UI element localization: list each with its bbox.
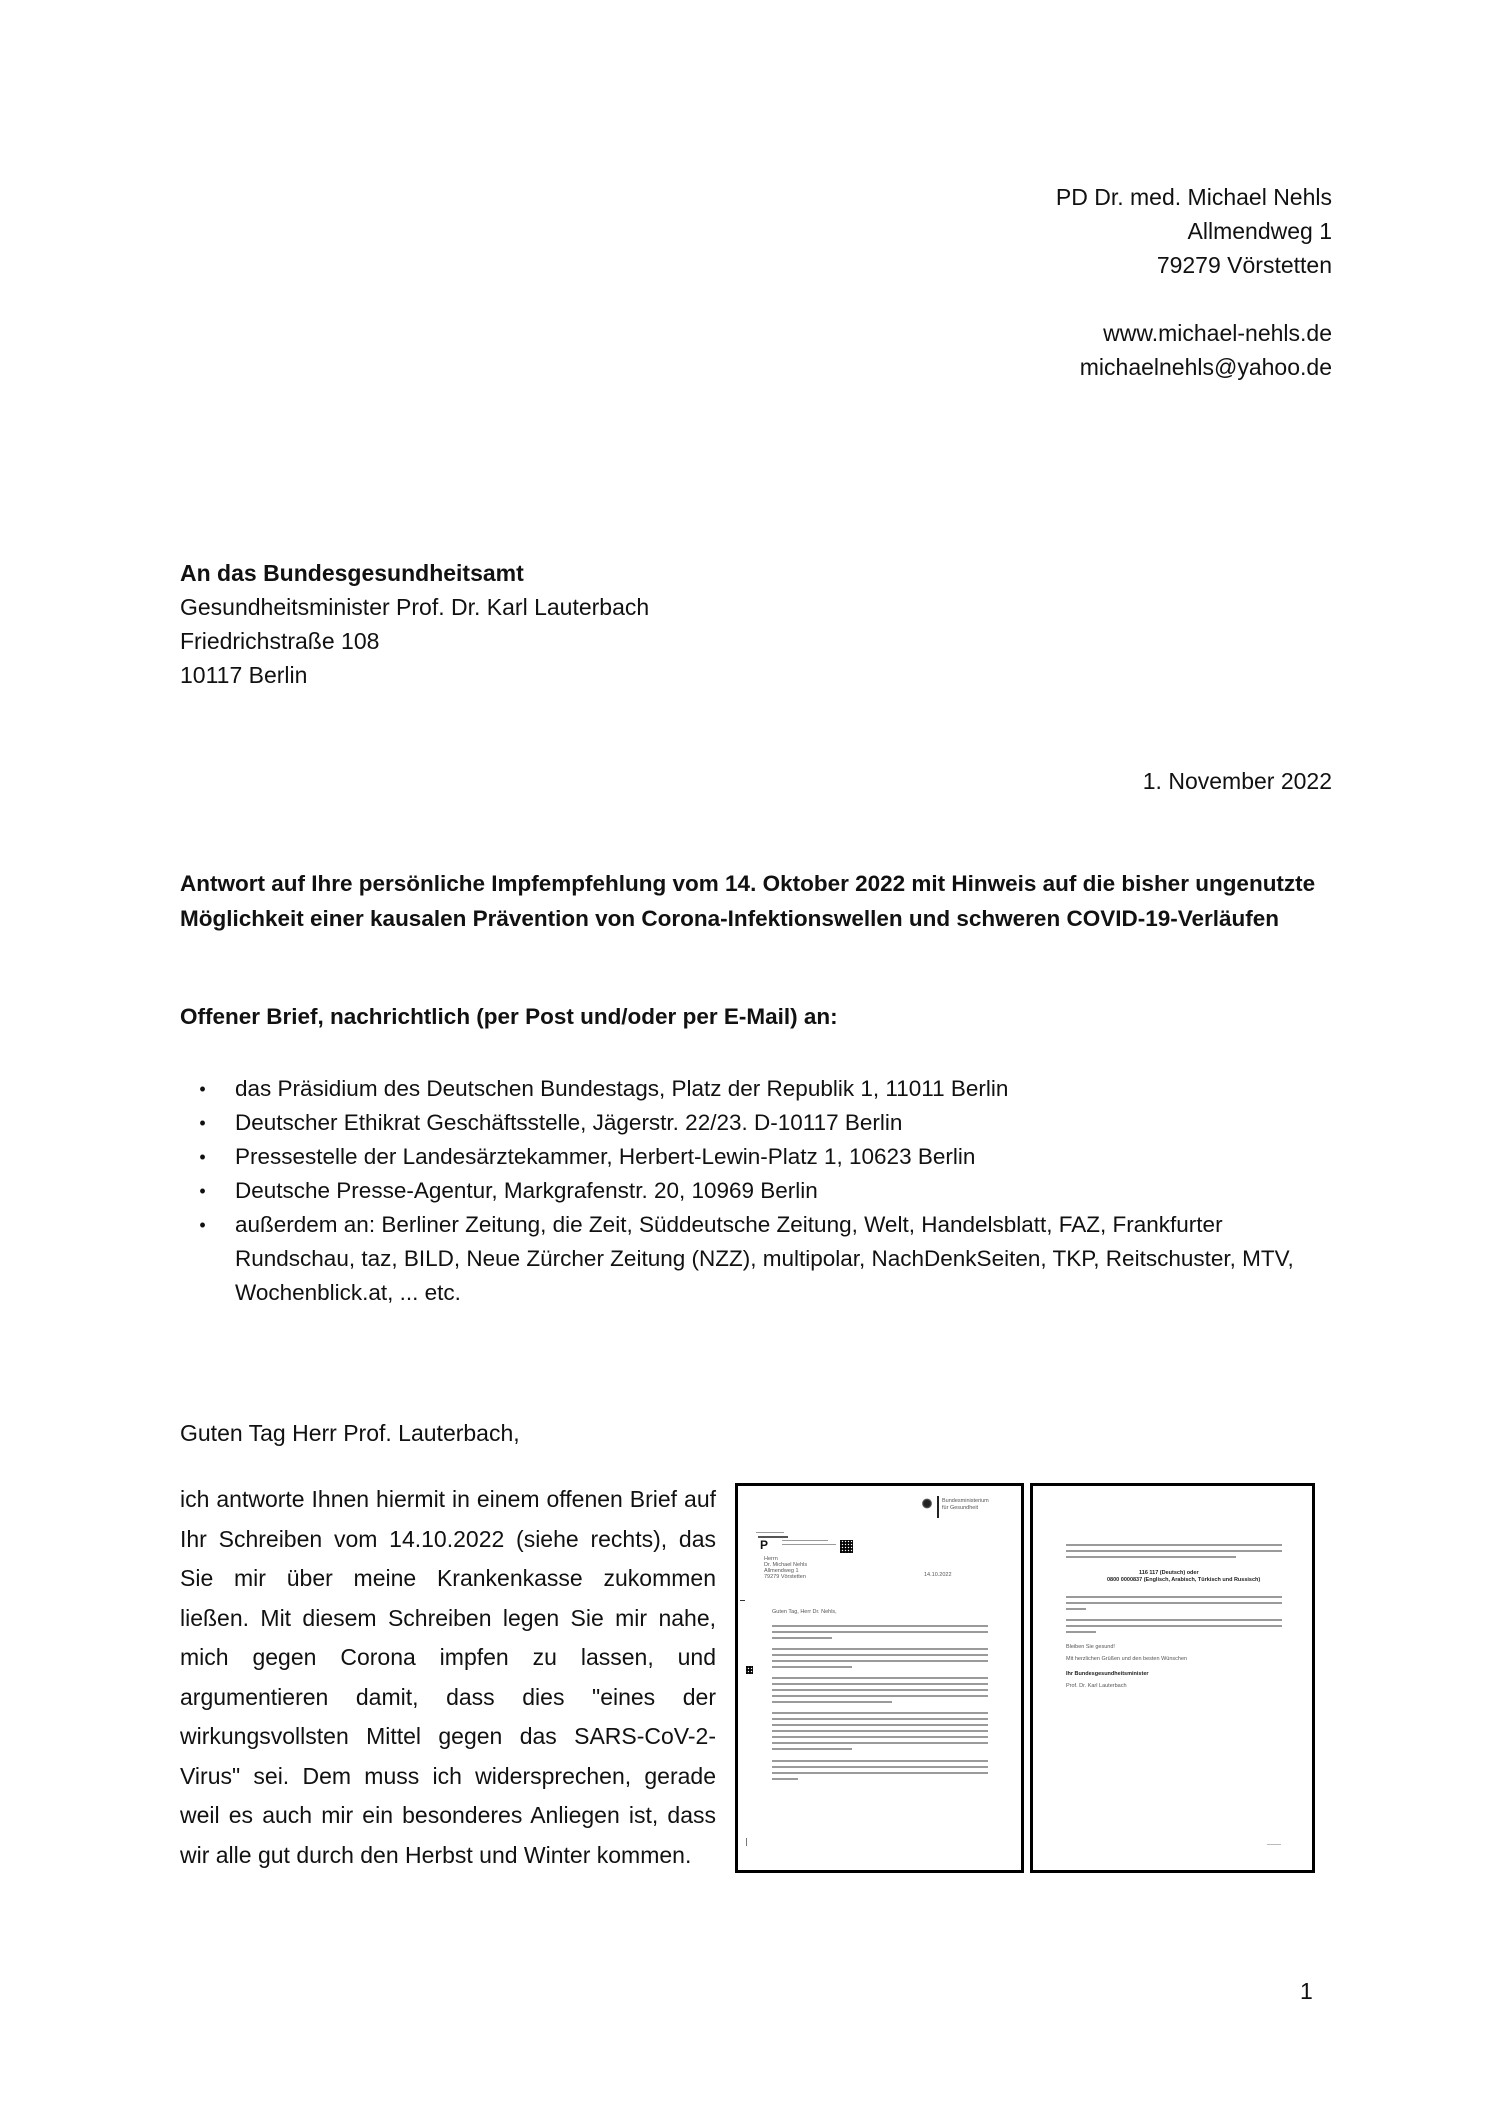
scanned-text-line xyxy=(772,1666,852,1668)
scanned-text-line xyxy=(772,1730,988,1732)
hotline-line2: 0800 0000837 (Englisch, Arabisch, Türkis… xyxy=(1107,1577,1260,1583)
scanned-text-line xyxy=(1066,1631,1096,1633)
scanned-text-line xyxy=(1066,1608,1086,1610)
qr-code-icon xyxy=(840,1540,853,1553)
scanned-text-line xyxy=(772,1660,988,1662)
letter-date: 1. November 2022 xyxy=(1143,764,1332,798)
scanned-text-line xyxy=(772,1677,988,1679)
scanned-text-line xyxy=(1066,1556,1236,1558)
cc-list-item: •Deutscher Ethikrat Geschäftsstelle, Jäg… xyxy=(180,1106,1340,1140)
page-number: 1 xyxy=(1300,1978,1313,2005)
scanned-text-line xyxy=(772,1637,832,1639)
subject-line: Antwort auf Ihre persönliche Impfempfehl… xyxy=(180,866,1330,936)
scanned-text-line xyxy=(772,1712,988,1714)
sender-name: PD Dr. med. Michael Nehls xyxy=(1056,180,1332,214)
signature-title: Ihr Bundesgesundheitsminister xyxy=(1066,1671,1149,1677)
scanned-text-line xyxy=(772,1631,988,1633)
scanned-text-line xyxy=(772,1778,798,1780)
scanned-text-line xyxy=(772,1689,988,1691)
cc-list-item: •Deutsche Presse-Agentur, Markgrafenstr.… xyxy=(180,1174,1340,1208)
scanned-text-line xyxy=(772,1648,988,1650)
recipient-org: An das Bundesgesundheitsamt xyxy=(180,556,649,590)
recipient-street: Friedrichstraße 108 xyxy=(180,624,649,658)
recipient-city: 10117 Berlin xyxy=(180,658,649,692)
scanned-text-line xyxy=(1066,1625,1282,1627)
federal-eagle-icon xyxy=(922,1498,932,1509)
postage-p-icon: P xyxy=(760,1538,768,1552)
embedded-salutation: Guten Tag, Herr Dr. Nehls, xyxy=(772,1609,837,1615)
greeting: Guten Tag Herr Prof. Lauterbach, xyxy=(180,1416,520,1450)
sender-block: PD Dr. med. Michael Nehls Allmendweg 1 7… xyxy=(1056,180,1332,384)
scanned-text-line xyxy=(772,1760,988,1762)
logo-divider xyxy=(937,1496,939,1518)
embedded-letter-page-1: Bundesministerium für Gesundheit P Herrn… xyxy=(735,1483,1024,1873)
scanned-text-line xyxy=(772,1724,988,1726)
cc-list-item: •Pressestelle der Landesärztekammer, Her… xyxy=(180,1140,1340,1174)
bullet-icon: • xyxy=(175,1208,230,1242)
scanned-text-line xyxy=(772,1625,988,1627)
scanned-text-line xyxy=(772,1683,988,1685)
cc-list-item: •außerdem an: Berliner Zeitung, die Zeit… xyxy=(180,1208,1340,1310)
bullet-icon: • xyxy=(175,1174,230,1208)
scanned-text-line xyxy=(1066,1596,1282,1598)
bullet-icon: • xyxy=(175,1140,230,1174)
sender-city: 79279 Vörstetten xyxy=(1056,248,1332,282)
scanned-text-line xyxy=(1066,1602,1282,1604)
embedded-letter-date: 14.10.2022 xyxy=(924,1572,952,1578)
letter-page: PD Dr. med. Michael Nehls Allmendweg 1 7… xyxy=(0,0,1500,2122)
sender-email[interactable]: michaelnehls@yahoo.de xyxy=(1056,350,1332,384)
bullet-icon: • xyxy=(175,1072,230,1106)
scanned-text-line xyxy=(1066,1550,1282,1552)
scanned-text-line xyxy=(772,1772,988,1774)
scanned-text-line xyxy=(1066,1619,1282,1621)
scanned-text-line xyxy=(772,1736,988,1738)
scanned-text-line xyxy=(772,1654,988,1656)
closing-line1: Bleiben Sie gesund! xyxy=(1066,1644,1115,1650)
scanned-text-line xyxy=(772,1742,988,1744)
sender-street: Allmendweg 1 xyxy=(1056,214,1332,248)
scanned-text-line xyxy=(1066,1544,1282,1546)
closing-line2: Mit herzlichen Grüßen und den besten Wün… xyxy=(1066,1656,1187,1662)
cc-list-item: •das Präsidium des Deutschen Bundestags,… xyxy=(180,1072,1340,1106)
scanned-text-line xyxy=(772,1748,852,1750)
embedded-letter-page-2: 116 117 (Deutsch) oder 0800 0000837 (Eng… xyxy=(1030,1483,1315,1873)
recipient-block: An das Bundesgesundheitsamt Gesundheitsm… xyxy=(180,556,649,692)
scanned-text-line xyxy=(772,1718,988,1720)
signature-name: Prof. Dr. Karl Lauterbach xyxy=(1066,1683,1127,1689)
recipient-person: Gesundheitsminister Prof. Dr. Karl Laute… xyxy=(180,590,649,624)
qr-code-small-icon xyxy=(746,1666,753,1674)
ministry-name-line2: für Gesundheit xyxy=(942,1505,978,1511)
scanned-text-line xyxy=(772,1701,892,1703)
ministry-name-line1: Bundesministerium xyxy=(942,1498,989,1504)
cc-list: •das Präsidium des Deutschen Bundestags,… xyxy=(180,1072,1340,1310)
body-paragraph: ich antworte Ihnen hiermit in einem offe… xyxy=(180,1480,716,1875)
scanned-text-line xyxy=(772,1766,988,1768)
hotline-line1: 116 117 (Deutsch) oder xyxy=(1139,1570,1199,1576)
bullet-icon: • xyxy=(175,1106,230,1140)
sender-website[interactable]: www.michael-nehls.de xyxy=(1056,316,1332,350)
scanned-text-line xyxy=(772,1695,988,1697)
open-letter-heading: Offener Brief, nachrichtlich (per Post u… xyxy=(180,1004,838,1030)
